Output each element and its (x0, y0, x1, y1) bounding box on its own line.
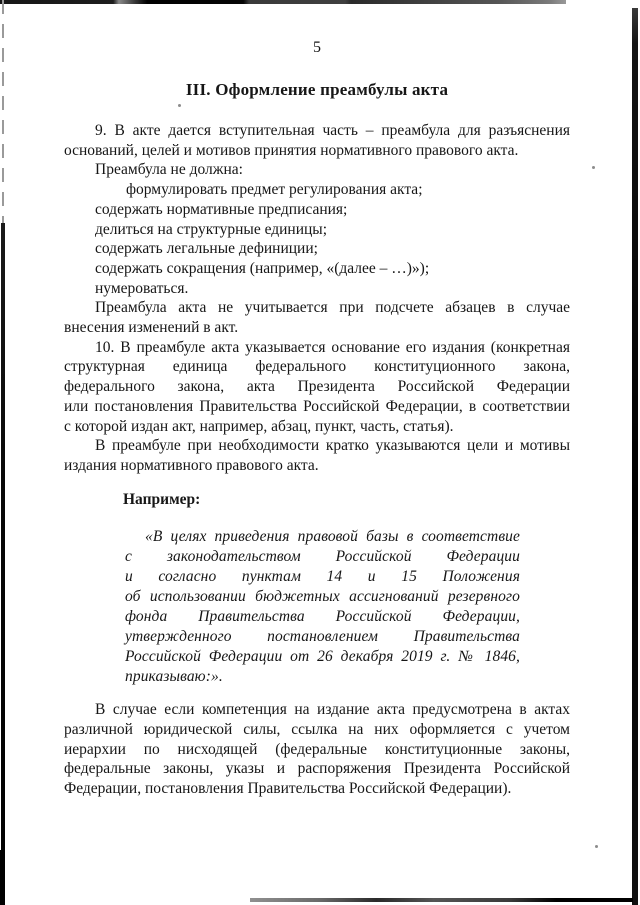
paragraph-9: 9. В акте дается вступительная часть – п… (64, 121, 570, 160)
text-line: внесения изменений в акт. (64, 318, 570, 338)
text-line: федерального закона, акта Президента Рос… (64, 377, 570, 397)
text-line: делиться на структурные единицы; (95, 220, 570, 240)
text-line: В случае если компетенция на издание акт… (64, 700, 570, 720)
text-line: В преамбуле при необходимости кратко ука… (64, 436, 570, 456)
scan-border-left-dashed (2, 0, 4, 223)
document-text: 9. В акте дается вступительная часть – п… (64, 121, 570, 799)
text-line: 10. В преамбуле акта указывается основан… (64, 338, 570, 358)
text-line: с которой издан акт, например, абзац, пу… (64, 417, 570, 437)
section-heading: III. Оформление преамбулы акта (64, 80, 570, 100)
text-line: федеральные законы, указы и распоряжения… (64, 759, 570, 779)
text-line: содержать нормативные предписания; (95, 200, 570, 220)
text-line: Российской Федерации от 26 декабря 2019 … (125, 647, 520, 667)
scan-speck (595, 845, 598, 848)
document-page: { "page": { "number": "5", "heading": "I… (0, 0, 640, 905)
text-line: утвержденного постановлением Правительст… (125, 627, 520, 647)
paragraph-hierarchy: В случае если компетенция на издание акт… (64, 700, 570, 799)
scan-border-bottom (250, 898, 633, 902)
text-line: содержать сокращения (например, «(далее … (95, 259, 570, 279)
text-line: издания нормативного правового акта. (64, 456, 570, 476)
text-line: различной юридической силы, ссылка на ни… (64, 720, 570, 740)
text-line: «В целях приведения правовой базы в соот… (125, 527, 520, 547)
preamble-rules-intro: Преамбула не должна: (64, 160, 570, 180)
text-line: фонда Правительства Российской Федерации… (125, 607, 520, 627)
text-line: Преамбула акта не учитывается при подсче… (64, 298, 570, 318)
paragraph-goals: В преамбуле при необходимости кратко ука… (64, 436, 570, 475)
text-line: иерархии по нисходящей (федеральные конс… (64, 740, 570, 760)
text-line: и согласно пунктам 14 и 15 Положения (125, 567, 520, 587)
text-line: 9. В акте дается вступительная часть – п… (64, 121, 570, 141)
text-line: Федерации, постановления Правительства Р… (64, 779, 570, 799)
example-quote: «В целях приведения правовой базы в соот… (125, 527, 520, 687)
text-line: нумероваться. (95, 279, 570, 299)
text-line: или постановления Правительства Российск… (64, 397, 570, 417)
scan-speck (592, 166, 595, 169)
page-number: 5 (64, 38, 570, 58)
paragraph-count-note: Преамбула акта не учитывается при подсче… (64, 298, 570, 337)
text-line: с законодательством Российской Федерации (125, 547, 520, 567)
text-line: оснований, целей и мотивов принятия норм… (64, 141, 570, 161)
text-line: приказываю:». (125, 667, 520, 687)
scan-border-left-foot (0, 850, 5, 905)
scan-border-right (632, 8, 638, 905)
example-label: Например: (123, 490, 570, 510)
page-body: 5 III. Оформление преамбулы акта 9. В ак… (64, 0, 570, 799)
text-line: содержать легальные дефиниции; (95, 239, 570, 259)
text-line: об использовании бюджетных ассигнований … (125, 587, 520, 607)
preamble-rules-list: формулировать предмет регулирования акта… (64, 180, 570, 298)
paragraph-10: 10. В преамбуле акта указывается основан… (64, 338, 570, 437)
text-line: Преамбула не должна: (64, 160, 570, 180)
text-line: формулировать предмет регулирования акта… (95, 180, 570, 200)
scan-border-left (1, 223, 5, 905)
text-line: структурная единица федерального констит… (64, 357, 570, 377)
